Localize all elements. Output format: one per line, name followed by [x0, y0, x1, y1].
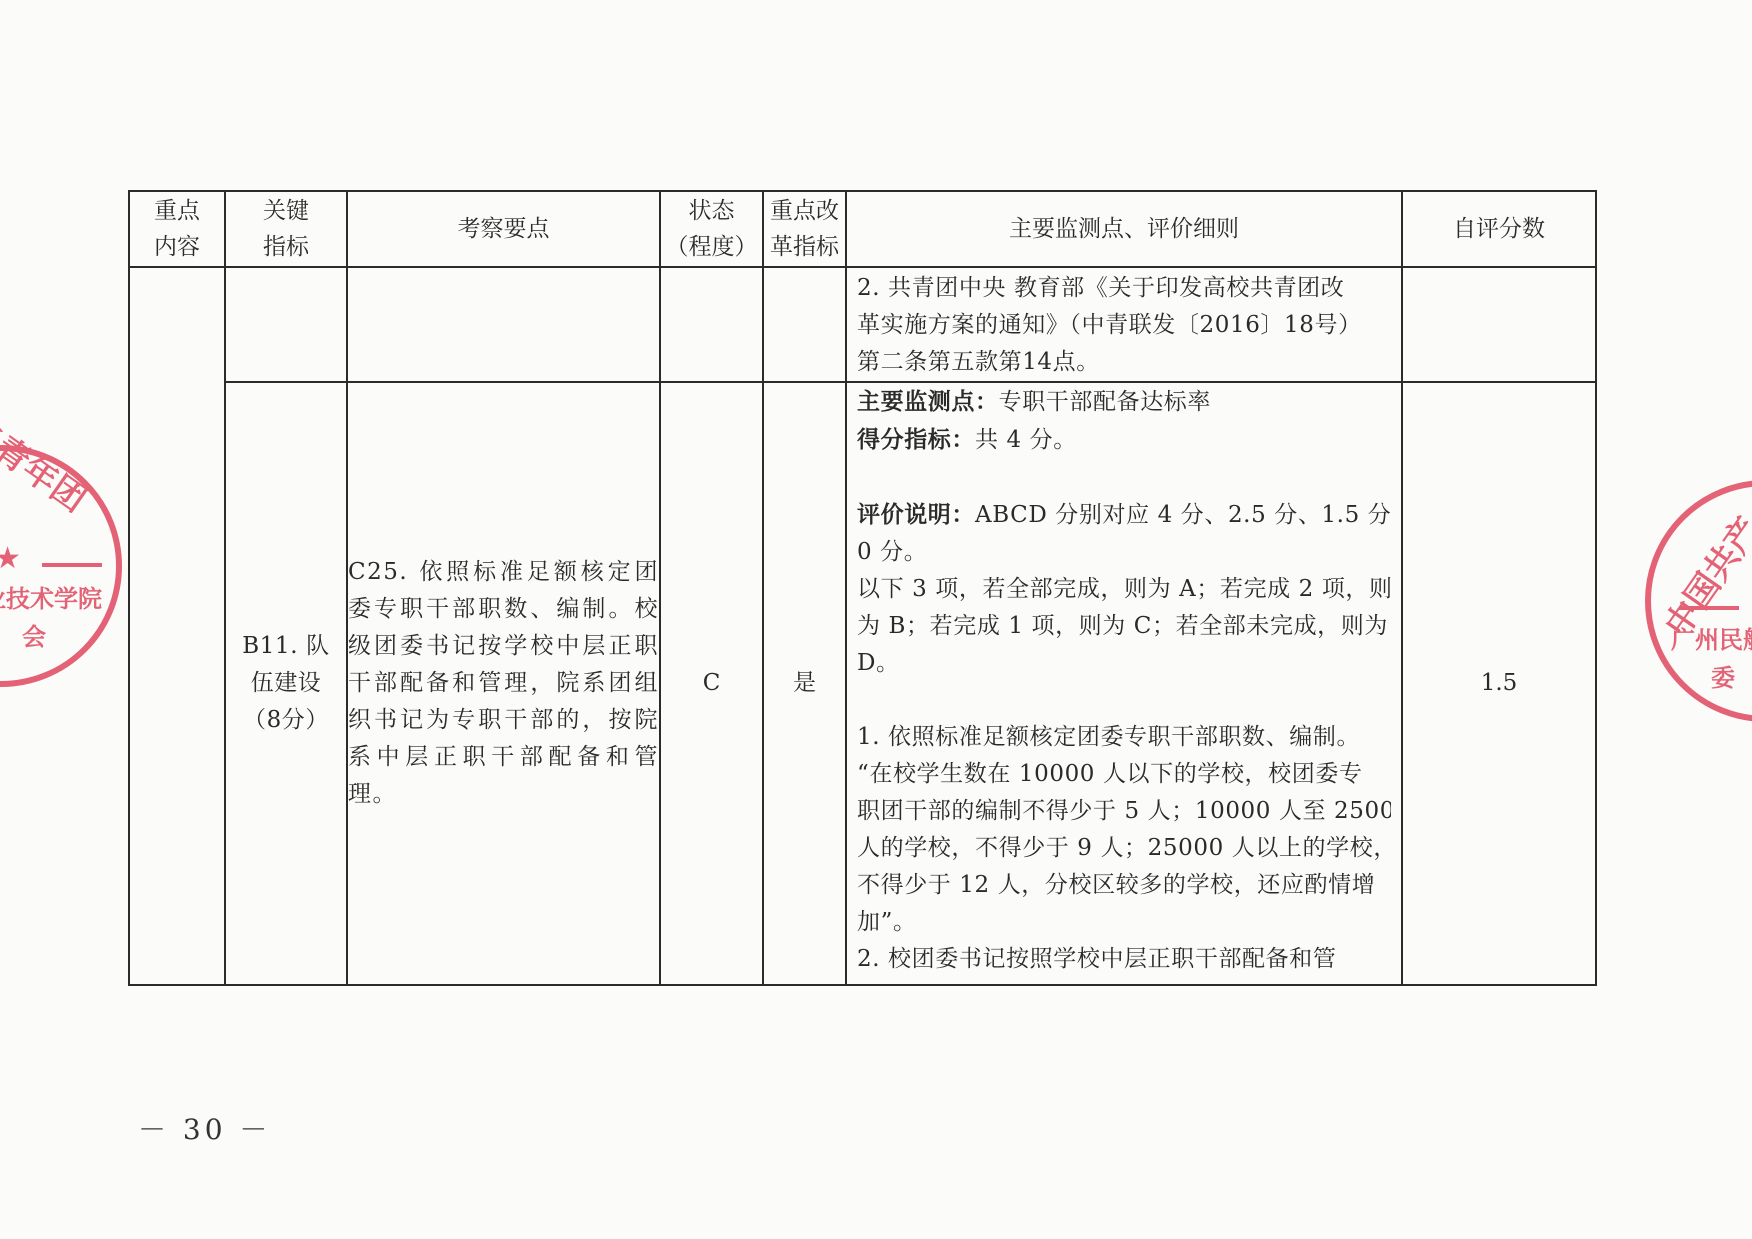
official-seal-right: 中国共产 广州民航 委	[1645, 480, 1752, 722]
header-inspection-points: 考察要点	[347, 191, 660, 267]
reform-indicator-cell: 是	[763, 382, 846, 985]
score-indicator-line: 得分指标：共 4 分。	[857, 421, 1391, 459]
inspection-points-cell: C25. 依照标准足额核定团委专职干部职数、编制。校级团委书记按学校中层正职干部…	[347, 382, 660, 985]
inspection-points-cell	[347, 267, 660, 382]
key-indicator-cell	[225, 267, 347, 382]
key-content-cell	[129, 267, 225, 985]
header-reform-indicator: 重点改 革指标	[763, 191, 846, 267]
header-self-score: 自评分数	[1402, 191, 1596, 267]
page-number: － 30 －	[138, 1108, 271, 1148]
key-indicator-cell: B11. 队 伍建设 （8分）	[225, 382, 347, 985]
self-score-cell: 1.5	[1402, 382, 1596, 985]
header-key-indicator: 关键 指标	[225, 191, 347, 267]
evaluation-note-line: 评价说明：ABCD 分别对应 4 分、2.5 分、1.5 分、	[857, 496, 1391, 534]
table-row: B11. 队 伍建设 （8分） C25. 依照标准足额核定团委专职干部职数、编制…	[129, 382, 1596, 985]
official-seal-left: 义青年团 ★ 业技术学院 会	[0, 445, 122, 687]
monitoring-details-cell: 主要监测点：专职干部配备达标率 得分指标：共 4 分。 评价说明：ABCD 分别…	[846, 382, 1402, 985]
header-status: 状态 （程度）	[660, 191, 763, 267]
star-icon: ★	[0, 541, 21, 576]
reform-indicator-cell	[763, 267, 846, 382]
monitor-point-line: 主要监测点：专职干部配备达标率	[857, 383, 1391, 421]
table-header-row: 重点 内容 关键 指标 考察要点 状态 （程度） 重点改 革指标 主要监测点、评…	[129, 191, 1596, 267]
header-key-content: 重点 内容	[129, 191, 225, 267]
status-cell	[660, 267, 763, 382]
header-monitoring-details: 主要监测点、评价细则	[846, 191, 1402, 267]
monitoring-details-cell: 2. 共青团中央 教育部《关于印发高校共青团改 革实施方案的通知》（中青联发〔2…	[846, 267, 1402, 382]
evaluation-table: 重点 内容 关键 指标 考察要点 状态 （程度） 重点改 革指标 主要监测点、评…	[128, 190, 1597, 986]
table-row: 2. 共青团中央 教育部《关于印发高校共青团改 革实施方案的通知》（中青联发〔2…	[129, 267, 1596, 382]
status-cell: C	[660, 382, 763, 985]
document-page: 重点 内容 关键 指标 考察要点 状态 （程度） 重点改 革指标 主要监测点、评…	[0, 0, 1752, 1239]
self-score-cell	[1402, 267, 1596, 382]
